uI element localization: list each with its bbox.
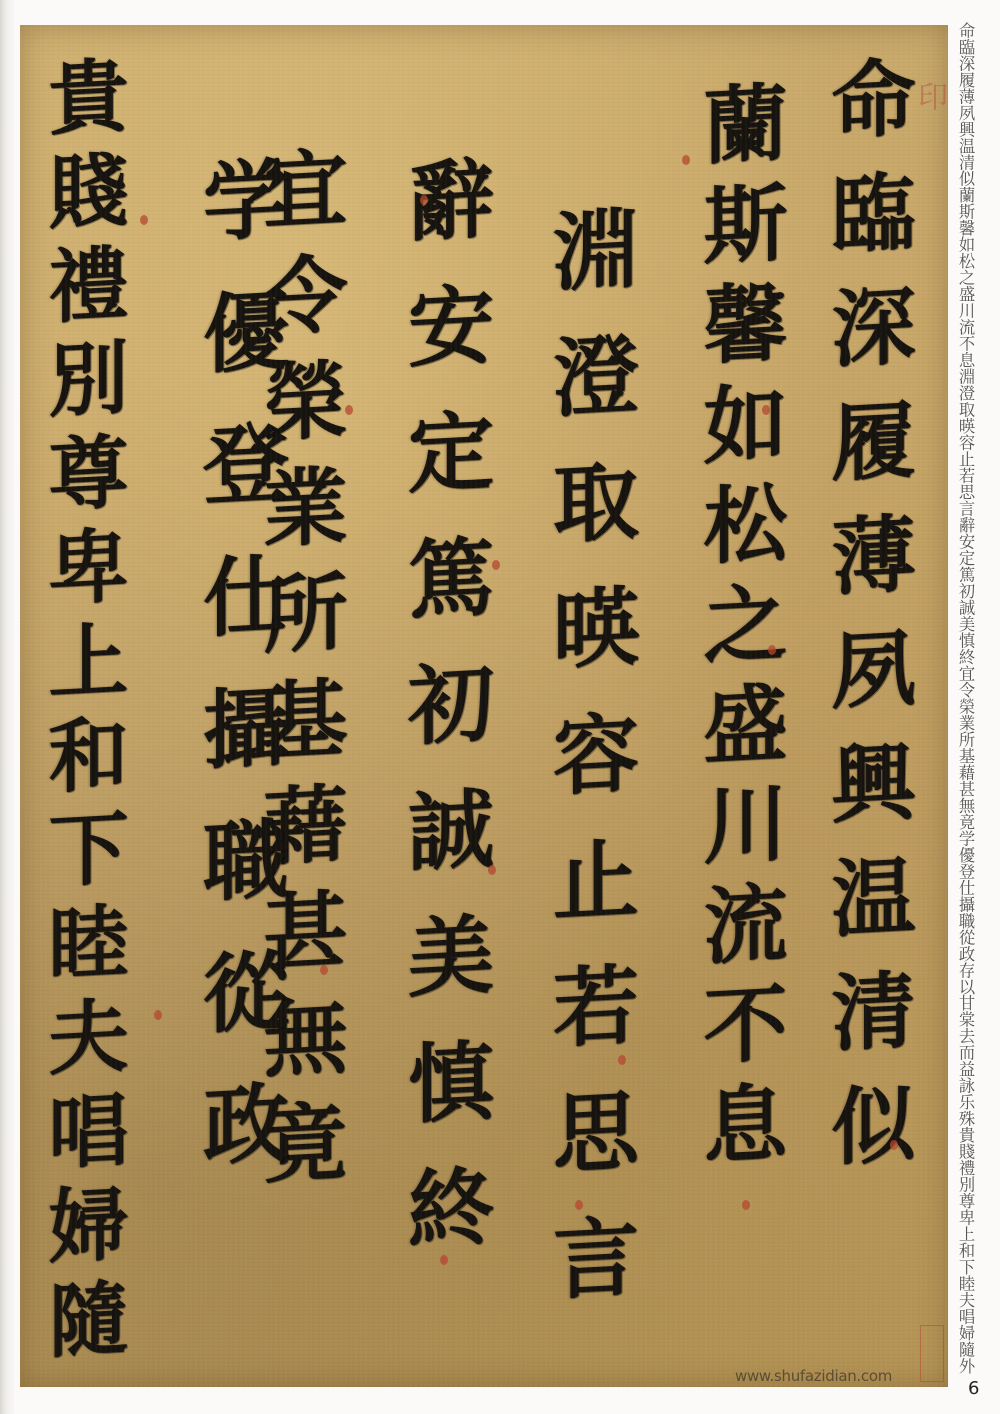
seal-mark <box>575 1200 583 1210</box>
seal-mark <box>345 405 353 415</box>
book-binding-edge <box>0 0 14 1414</box>
seal-mark <box>154 1010 162 1020</box>
calligraphy-column-4: 辭安定篤初誠美慎終 <box>405 152 505 1291</box>
red-seal-bottom <box>920 1325 944 1382</box>
seal-mark <box>742 1200 750 1210</box>
transcription-column: 命臨深履薄夙興温清似蘭斯馨如松之盛川流不息淵澄取暎容止若思言辭安定篤初誠美慎終宜… <box>953 22 977 1374</box>
calligraphy-column-3: 淵澄取暎容止若思言 <box>550 202 650 1341</box>
seal-mark <box>618 1055 626 1065</box>
seal-mark <box>420 195 428 205</box>
seal-mark <box>140 215 148 225</box>
seal-mark <box>890 1140 898 1150</box>
calligraphy-column-8: 貴賤禮別尊卑上和下睦夫唱婦隨外 <box>40 52 140 1377</box>
calligraphy-column-2: 蘭斯馨如松之盛川流不息 <box>700 77 800 1182</box>
seal-mark <box>682 155 690 165</box>
page-number: 6 <box>968 1378 979 1399</box>
calligraphy-column-6: 学優登仕攝職從政 <box>200 152 300 1213</box>
seal-mark <box>320 965 328 975</box>
seal-mark <box>488 865 496 875</box>
seal-mark <box>762 405 770 415</box>
calligraphy-column-1: 命臨深履薄夙興温清似 <box>828 52 928 1197</box>
seal-mark <box>768 645 776 655</box>
website-watermark: www.shufazidian.com <box>735 1367 892 1385</box>
seal-mark <box>440 1255 448 1265</box>
calligraphy-scroll-image: 印 命臨深履薄夙興温清似 蘭斯馨如松之盛川流不息 淵澄取暎容止若思言 辭安定篤初… <box>20 25 948 1387</box>
seal-mark <box>492 560 500 570</box>
